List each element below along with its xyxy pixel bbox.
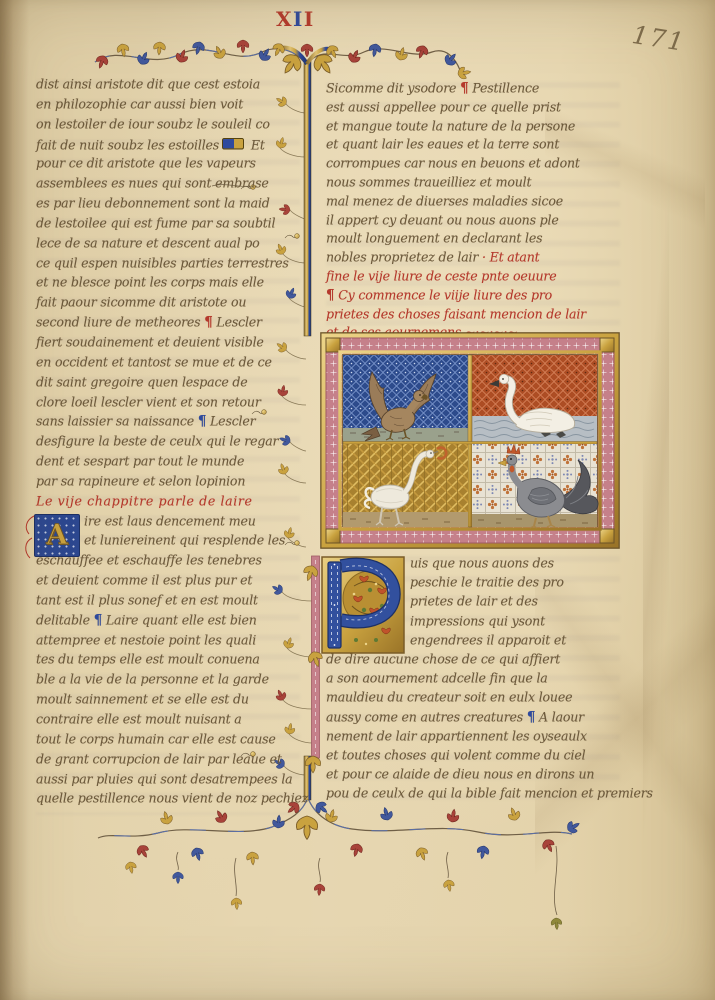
text-segment: assemblees es nues qui sont embrase (36, 175, 269, 191)
gutter-shadow (0, 0, 30, 1000)
text-segment: delitable (36, 612, 94, 628)
text-segment: nement de lair appartiennent les oyseaul… (326, 728, 587, 744)
illuminated-initial-p (320, 556, 406, 654)
pilcrow-mark: ¶ (94, 612, 102, 629)
text-segment: · Et atant (482, 249, 540, 265)
panel-rooster (472, 444, 598, 528)
text-segment: dist ainsi aristote dit que cest estoia (36, 76, 260, 92)
text-segment: et luniereinent qui resplende les (84, 532, 285, 548)
miniature-middle-bar (343, 442, 597, 445)
text-segment: desfigure la beste de ceulx qui le regar (36, 433, 278, 449)
chapter-number-letter: I (293, 7, 304, 31)
text-segment: pour ce dit aristote que les vapeurs (36, 155, 256, 171)
pilcrow-mark: ¶ (527, 708, 535, 725)
initial-a-penwork-icon (20, 512, 36, 562)
text-segment: lece de sa nature et descent aual po (36, 235, 260, 251)
text-segment: Pestillence (468, 80, 539, 96)
text-segment: peschie le traitie des pro (410, 574, 564, 590)
text-segment: uis que nous auons des (410, 555, 554, 571)
text-segment: Cy commence le viije liure des pro (334, 287, 552, 303)
text-segment: tes du temps elle est moult conuena (36, 651, 260, 667)
text-segment: clore loeil lescler vient et son retour (36, 393, 261, 409)
text-segment: pou de ceulx de qui la bible fait mencio… (326, 785, 653, 801)
text-segment: dent et sespart par tout le munde (36, 453, 244, 469)
text-segment: es par lieu debonnement sont la maid (36, 195, 270, 211)
text-segment: second liure de metheores (36, 314, 204, 330)
text-segment: aussy come en autres creatures (326, 708, 527, 724)
text-segment: corrompues car nous en beuons et adont (326, 155, 580, 171)
text-segment: attempree et nestoie point les quali (36, 632, 256, 648)
text-segment: contraire elle est moult nuisant a (36, 711, 242, 727)
chapter-number-letter: X (276, 7, 293, 31)
pilcrow-mark: ¶ (204, 314, 212, 331)
text-segment: tout le corps humain car elle est cause (36, 731, 276, 747)
text-segment: et ne blesce point les corps mais elle (36, 274, 264, 290)
text-segment: fait paour sicomme dit aristote ou (36, 294, 246, 310)
text-segment: mal menez de diuerses maladies sicoe (326, 193, 563, 209)
text-segment: prietes de lair et des (410, 593, 538, 609)
text-segment: nous sommes traueilliez et moult (326, 174, 531, 190)
text-segment: ce quil espen nuisibles parties terrestr… (36, 255, 289, 271)
text-segment: on lestoiler de iour soubz le souleil co (36, 116, 270, 132)
text-segment: il appert cy deuant ou nous auons ple (326, 211, 559, 227)
chapter-number-letter: I (304, 7, 315, 31)
text-segment: moult longuement en declarant les (326, 230, 542, 246)
text-segment: a son aournement adcelle fin que la (326, 670, 548, 686)
text-segment: dit saint gregoire quen lespace de (36, 374, 248, 390)
text-segment: Lescler (206, 413, 255, 429)
text-line: on lestoiler de iour soubz le souleil co (36, 118, 302, 139)
text-segment: ble a la vie de la personne et la garde (36, 671, 269, 687)
text-segment: sans laissier sa naissance (36, 413, 198, 429)
text-segment: impressions qui ysont (410, 612, 545, 628)
panel-swan (472, 355, 597, 442)
text-segment: nobles proprietez de lair (326, 249, 482, 265)
text-segment: A laour (535, 708, 584, 724)
text-segment: et pour ce alaide de dieu nous en dirons… (326, 766, 594, 782)
text-segment: tant est il plus sonef et en est moult (36, 592, 258, 608)
text-segment: en occident et tantost se mue et de ce (36, 354, 272, 370)
line-filler-icon (222, 138, 244, 149)
text-segment: quelle pestillence nous vient de noz pec… (36, 790, 308, 806)
text-segment: Le vije chappitre parle de laire (36, 493, 253, 509)
miniature-four-birds (320, 332, 620, 549)
text-segment: par sa rapineure et selon lopinion (36, 473, 245, 489)
text-segment: Sicomme dit ysodore (326, 80, 460, 96)
text-segment: Lescler (213, 314, 262, 330)
text-segment: de lestoilee qui est fume par sa soubtil (36, 215, 275, 231)
text-segment: et deuient comme il est plus pur et (36, 572, 252, 588)
text-segment: et quant lair les eaues et la terre sont (326, 136, 559, 152)
text-segment: de grant corrupcion de lair par leaue et (36, 751, 282, 767)
left-text-column: dist ainsi aristote dit que cest estoiae… (36, 78, 302, 812)
text-segment: et mangue toute la nature de la persone (326, 118, 575, 134)
text-segment: moult sainnement et se elle est du (36, 691, 249, 707)
text-segment: aussi par pluies qui sont desatrempees l… (36, 770, 292, 786)
panel-eagle (343, 355, 468, 442)
right-text-column-upper: Sicomme dit ysodore ¶ Pestillenceest aus… (326, 82, 620, 345)
text-segment: Et (247, 136, 265, 152)
text-segment: engendrees il apparoit et (410, 632, 566, 648)
text-segment: et toutes choses qui volent comme du cie… (326, 747, 585, 763)
text-segment: prietes des choses faisant mencion de la… (326, 305, 586, 321)
chapter-number: XII (276, 7, 315, 31)
text-segment: mauldieu du createur soit en eulx louee (326, 689, 572, 705)
text-segment: fine le vije liure de ceste pnte oeuure (326, 268, 557, 284)
text-segment: fiert soudainement et deuient visible (36, 334, 264, 350)
text-segment: Laire quant elle est bien (102, 612, 257, 628)
manuscript-page: XII 171 (0, 0, 715, 1000)
miniature-center-bar (468, 355, 472, 527)
initial-a-letter: A (35, 515, 79, 555)
text-segment: est aussi appellee pour ce quelle prist (326, 99, 561, 115)
text-segment: en philozophie car aussi bien voit (36, 96, 243, 112)
text-line: quelle pestillence nous vient de noz pec… (36, 792, 302, 813)
text-segment: ire est laus dencement meu (84, 512, 256, 528)
text-line: pou de ceulx de qui la bible fait mencio… (326, 787, 620, 807)
text-segment: fait de nuit soubz les estoilles (36, 136, 219, 152)
folio-number: 171 (630, 20, 688, 57)
panel-ostrich (343, 444, 468, 527)
illuminated-initial-a: A (34, 514, 80, 557)
pilcrow-mark: ¶ (198, 413, 206, 430)
